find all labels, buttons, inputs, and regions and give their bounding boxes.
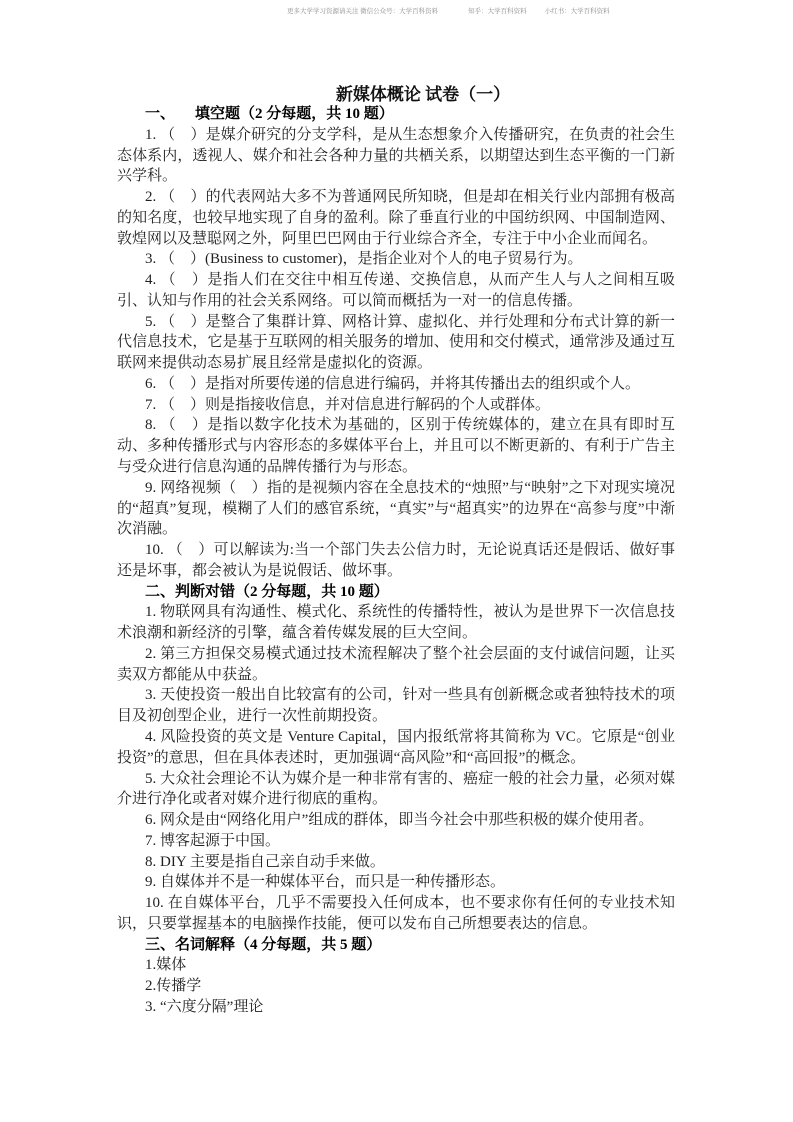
question-item: 10. （ ）可以解读为:当一个部门失去公信力时，无论说真话还是假话、做好事还是… — [117, 540, 675, 582]
section-number: 二、 — [145, 584, 175, 600]
question-item: 5. 大众社会理论不认为媒介是一种非常有害的、癌症一般的社会力量，必须对媒介进行… — [117, 769, 675, 811]
section-label: 填空题（2 分每题，共 10 题） — [195, 106, 394, 122]
section-number: 三、 — [145, 937, 175, 953]
question-item: 8. （ ）是指以数字化技术为基础的，区别于传统媒体的，建立在具有即时互动、多种… — [117, 415, 675, 477]
section-number: 一、 — [145, 106, 175, 122]
question-item: 2.传播学 — [117, 976, 675, 997]
section-heading-term-definition: 三、名词解释（4 分每题，共 5 题） — [117, 935, 675, 956]
question-item: 1. （ ）是媒介研究的分支学科，是从生态想象介入传播研究，在负责的社会生态体系… — [117, 125, 675, 187]
document-body: 一、填空题（2 分每题，共 10 题） 1. （ ）是媒介研究的分支学科，是从生… — [117, 104, 675, 1018]
question-item: 1. 物联网具有沟通性、模式化、系统性的传播特性，被认为是世界下一次信息技术浪潮… — [117, 602, 675, 644]
promo-header: 更多大学学习资源请关注 微信公众号：大学百科资料 知乎：大学百科资料 小红书：大… — [287, 8, 610, 16]
question-item: 4. （ ）是指人们在交往中相互传递、交换信息，从而产生人与人之间相互吸引、认知… — [117, 270, 675, 312]
promo-wechat-text: 更多大学学习资源请关注 微信公众号：大学百科资料 — [287, 8, 438, 16]
question-item: 5. （ ）是整合了集群计算、网格计算、虚拟化、并行处理和分布式计算的新一代信息… — [117, 312, 675, 374]
question-item: 6. （ ）是指对所要传递的信息进行编码，并将其传播出去的组织或个人。 — [117, 374, 675, 395]
question-item: 9. 自媒体并不是一种媒体平台，而只是一种传播形态。 — [117, 872, 675, 893]
question-item: 2. 第三方担保交易模式通过技术流程解决了整个社会层面的支付诚信问题，让买卖双方… — [117, 644, 675, 686]
document-page: 更多大学学习资源请关注 微信公众号：大学百科资料 知乎：大学百科资料 小红书：大… — [0, 0, 793, 1122]
section-heading-fill-in-blank: 一、填空题（2 分每题，共 10 题） — [117, 104, 675, 125]
section-label: 名词解释（4 分每题，共 5 题） — [175, 937, 381, 953]
question-item: 4. 风险投资的英文是 Venture Capital，国内报纸常将其简称为 V… — [117, 727, 675, 769]
question-item: 10. 在自媒体平台，几乎不需要投入任何成本，也不要求你有任何的专业技术知识，只… — [117, 893, 675, 935]
question-item: 8. DIY 主要是指自己亲自动手来做。 — [117, 852, 675, 873]
question-item: 9. 网络视频（ ）指的是视频内容在全息技术的“烛照”与“映射”之下对现实境况的… — [117, 478, 675, 540]
question-item: 7. 博客起源于中国。 — [117, 831, 675, 852]
question-item: 3. 天使投资一般出自比较富有的公司，针对一些具有创新概念或者独特技术的项目及初… — [117, 685, 675, 727]
question-item: 2. （ ）的代表网站大多不为普通网民所知晓，但是却在相关行业内部拥有极高的知名… — [117, 187, 675, 249]
question-item: 3. “六度分隔”理论 — [117, 997, 675, 1018]
promo-zhihu-text: 知乎：大学百科资料 — [468, 8, 527, 16]
section-label: 判断对错（2 分每题，共 10 题） — [175, 584, 389, 600]
question-item: 7. （ ）则是指接收信息，并对信息进行解码的个人或群体。 — [117, 395, 675, 416]
promo-xiaohongshu-text: 小红书：大学百科资料 — [545, 8, 610, 16]
page-title: 新媒体概论 试卷（一） — [117, 84, 675, 105]
section-heading-true-false: 二、判断对错（2 分每题，共 10 题） — [117, 582, 675, 603]
question-item: 1.媒体 — [117, 955, 675, 976]
question-item: 6. 网众是由“网络化用户”组成的群体，即当今社会中那些积极的媒介使用者。 — [117, 810, 675, 831]
question-item: 3. （ ）(Business to customer)，是指企业对个人的电子贸… — [117, 249, 675, 270]
